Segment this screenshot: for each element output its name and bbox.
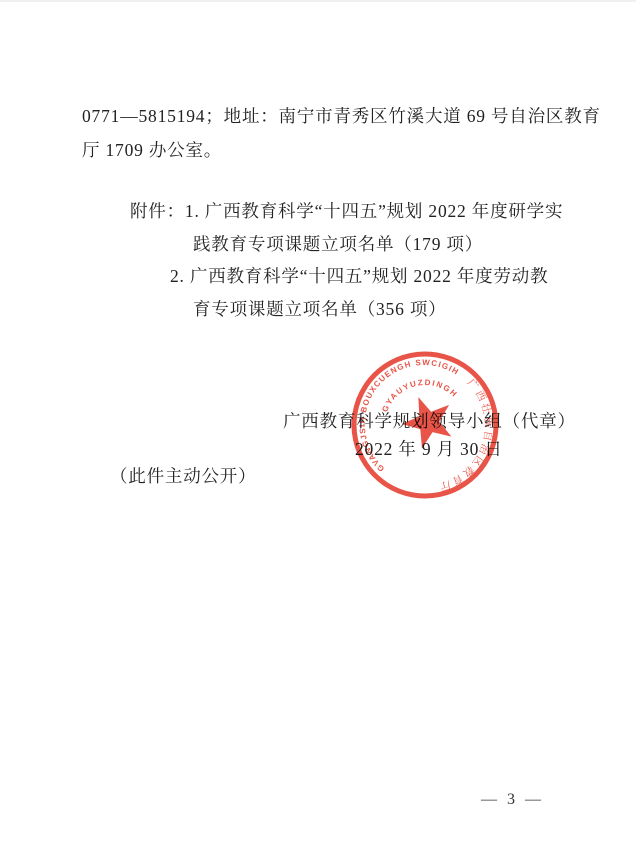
- contact-line-2: 厅 1709 办公室。: [82, 139, 222, 161]
- star-icon: [397, 391, 457, 451]
- attachment-line-2: 践教育专项课题立项名单（179 项）: [193, 233, 483, 255]
- contact-line-1: 0771—5815194；地址：南宁市青秀区竹溪大道 69 号自治区教育: [82, 105, 601, 127]
- public-disclosure-notice: （此件主动公开）: [110, 465, 256, 487]
- attachment-line-3: 2. 广西教育科学“十四五”规划 2022 年度劳动教: [170, 265, 548, 287]
- svg-text:GVANGJSIH BOUXCUENGH SWCIGIH: GVANGJSIH BOUXCUENGH SWCIGIH: [347, 349, 478, 475]
- seal-ring-text-latin: GVANGJSIH BOUXCUENGH SWCIGIH: [347, 349, 478, 475]
- attachment-line-1: 附件：1. 广西教育科学“十四五”规划 2022 年度研学实: [130, 200, 563, 222]
- attachment-line-4: 育专项课题立项名单（356 项）: [193, 298, 446, 320]
- page-number: — 3 —: [481, 791, 544, 809]
- official-seal: GVANGJSIH BOUXCUENGH SWCIGIH 广西壮族自治区教育厅 …: [347, 347, 503, 503]
- document-page: 0771—5815194；地址：南宁市青秀区竹溪大道 69 号自治区教育 厅 1…: [0, 0, 636, 859]
